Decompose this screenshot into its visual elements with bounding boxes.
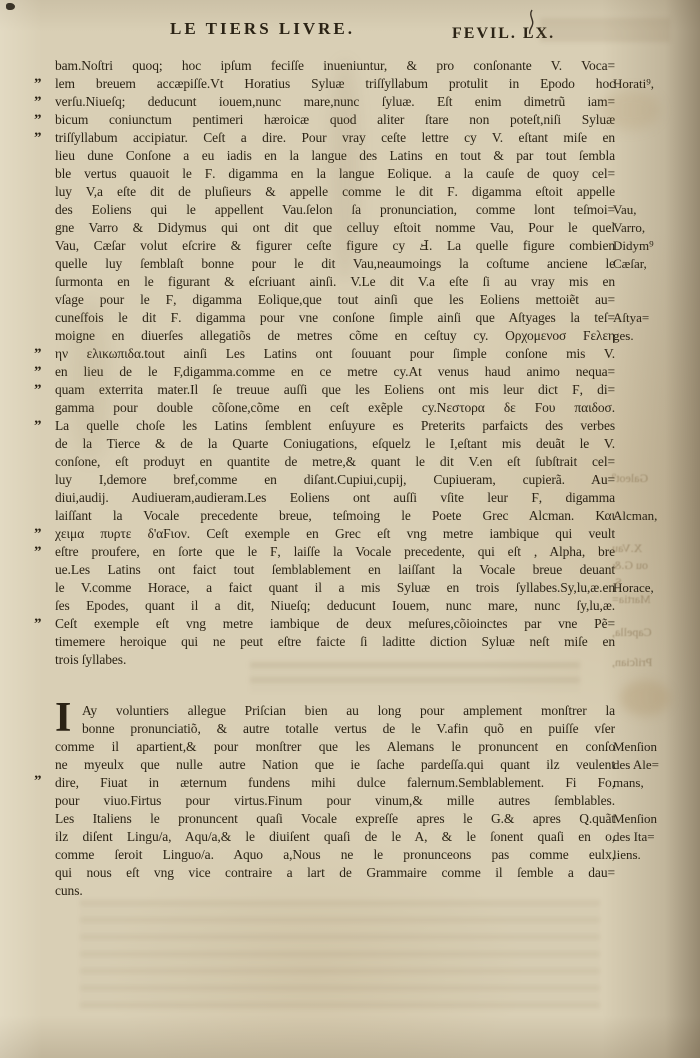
page-title: LE TIERS LIVRE.	[170, 19, 355, 39]
text-line: moigne en diuerſes allegatiõs de metres …	[55, 327, 615, 345]
margin-note: liens.	[613, 846, 641, 864]
bleedthrough-text: Priſcian,	[612, 654, 652, 671]
bleedthrough-smudge	[540, 18, 670, 42]
text-line: comme il apartient,& pour monſtrer que l…	[55, 738, 615, 756]
quote-mark: ”	[34, 93, 43, 111]
paper-speck	[6, 3, 15, 10]
text-line: des Eoliens qui le appellent Vau.ſelon ſ…	[55, 201, 615, 219]
text-line: trois ſyllabes.	[55, 651, 615, 669]
paper-stain	[620, 680, 670, 716]
bleedthrough-text: S.	[612, 574, 622, 591]
quote-mark: ”	[34, 543, 43, 561]
margin-note: Aſtya=	[613, 309, 649, 327]
quote-mark: ”	[34, 363, 43, 381]
text-line: de la Tierce & de la Quarte Coniugations…	[55, 435, 615, 453]
text-line: triſſyllabum accipiatur. Ceſt a dire. Po…	[55, 129, 615, 147]
text-line: bam.Noſtri quoq; hoc ipſum feciſſe inuen…	[55, 57, 615, 75]
text-line: gamma pour double cõſone,cõme en ceſt ex…	[55, 399, 615, 417]
text-line: ue.Les Latins ont faict tout ſemblableme…	[55, 561, 615, 579]
text-line: bonne pronunciatiõ, & autre totalle vert…	[55, 720, 615, 738]
margin-note: Menſion	[613, 738, 657, 756]
text-line: ſurmonta en le figurant & eſcriuant ainſ…	[55, 273, 615, 291]
text-line: ην ελικωπιδα.tout ainſi Les Latins ont ſ…	[55, 345, 615, 363]
text-line: χειμα πυρτε δ'αϜιον. Ceſt exemple en Gre…	[55, 525, 615, 543]
text-line: diui,audij. Audiueram,audieram.Les Eolie…	[55, 489, 615, 507]
margin-note: des Ale=	[613, 756, 659, 774]
bleedthrough-text: Galeot⁹	[612, 470, 648, 487]
text-line: cuns.	[55, 882, 615, 900]
text-line: qui nous eſt vng vice contraire a lart d…	[55, 864, 615, 882]
text-line: luy I,demore bref,comme en diſant.Cupiui…	[55, 471, 615, 489]
bleedthrough-text: Capella,	[612, 624, 652, 641]
margin-note: Vau,	[613, 201, 636, 219]
text-line: verſu.Niueſq; deducunt iouem,nunc mare,n…	[55, 93, 615, 111]
text-line: lem breuem accæpiſſe.Vt Horatius Syluæ t…	[55, 75, 615, 93]
main-text-paragraph-2: Ay voluntiers allegue Priſcian bien au l…	[55, 702, 615, 900]
quote-mark: ”	[34, 345, 43, 363]
text-line: Ceſt exemple eſt vng metre iambique de d…	[55, 615, 615, 633]
margin-note: Cæſar,	[613, 255, 647, 273]
bleedthrough-text: Martia=	[612, 591, 651, 608]
quote-mark: ”	[34, 381, 43, 399]
book-page: LE TIERS LIVRE. FEVIL. LX. ” ” ” ” ” ” ”…	[0, 0, 700, 1058]
bleedthrough-text: ou G.&	[612, 557, 648, 574]
text-line: laiſſant la Vocale precedente breue, teſ…	[55, 507, 615, 525]
text-line: le V.comme Horace, a faict quant il a mi…	[55, 579, 615, 597]
text-line: conſone, eſt produyt en quantite de metr…	[55, 453, 615, 471]
text-line: en lieu de le F,digamma.comme en ce metr…	[55, 363, 615, 381]
bleedthrough-smudge	[80, 900, 600, 1010]
margin-note: Horati⁹,	[613, 75, 654, 93]
text-line: comme ſeroit Linguo/a. Aquo a,Nous ne le…	[55, 846, 615, 864]
text-line: Vau, Cæſar volut eſcrire & figurer ceſte…	[55, 237, 615, 255]
text-line: gne Varro & Didymus qui ont dit que cell…	[55, 219, 615, 237]
text-line: pour viuo.Firtus pour virtus.Finum pour …	[55, 792, 615, 810]
quote-mark: ”	[34, 772, 43, 790]
text-line: quam exterrita mater.Il ſe treuue auſſi …	[55, 381, 615, 399]
quote-mark: ”	[34, 417, 43, 435]
text-line: vſage pour le Ϝ, digamma Eolique,que tou…	[55, 291, 615, 309]
folio-number: FEVIL. LX.	[452, 25, 555, 43]
main-text-paragraph-1: bam.Noſtri quoq; hoc ipſum feciſſe inuen…	[55, 57, 615, 669]
quote-mark: ”	[34, 615, 43, 633]
quote-mark: ”	[34, 75, 43, 93]
margin-note: ges.	[613, 327, 634, 345]
text-line: eſtre proufere, en ſorte que le Ϝ, laiſſ…	[55, 543, 615, 561]
text-line: ilz diſent Lingu/a, Aqu/a,& le diuiſent …	[55, 828, 615, 846]
text-line: Ay voluntiers allegue Priſcian bien au l…	[55, 702, 615, 720]
margin-note: des Ita=	[613, 828, 655, 846]
text-line: luy V,a eſte dit de pluſieurs & appelle …	[55, 183, 615, 201]
margin-note: mans,	[613, 774, 644, 792]
text-line: bicum coniunctum pentimeri hæroicæ quod …	[55, 111, 615, 129]
text-line: ble vertus quauoit le Ϝ. digamma en la l…	[55, 165, 615, 183]
text-line: ſes Epodes, quant il a dit, Niueſq; dedu…	[55, 597, 615, 615]
text-line: cuneſfois le dit Ϝ. digamma pour vne con…	[55, 309, 615, 327]
margin-note: Varro,	[613, 219, 645, 237]
text-line: ne myeulx que nulle autre Nation que ie …	[55, 756, 615, 774]
margin-note: Alcman,	[613, 507, 657, 525]
text-line: Les Italiens le pronuncent quaſi Vocale …	[55, 810, 615, 828]
text-line: timemere heroique qui ne peut eſtre faic…	[55, 633, 615, 651]
margin-note: Didym⁹	[613, 237, 654, 255]
text-line: La quelle choſe les Latins ſemblent enſu…	[55, 417, 615, 435]
text-line: dire, Fiuat in æternum fundens mihi dulc…	[55, 774, 615, 792]
ink-mark	[524, 8, 538, 41]
text-line: quelle luy ſemblaſt bonne pour le dit Va…	[55, 255, 615, 273]
quote-mark: ”	[34, 111, 43, 129]
quote-mark: ”	[34, 525, 43, 543]
bleedthrough-text: X.Vau	[612, 540, 642, 557]
margin-note: Menſion	[613, 810, 657, 828]
text-line: lieu dune Conſone a eu iadis en la langu…	[55, 147, 615, 165]
quote-mark: ”	[34, 129, 43, 147]
